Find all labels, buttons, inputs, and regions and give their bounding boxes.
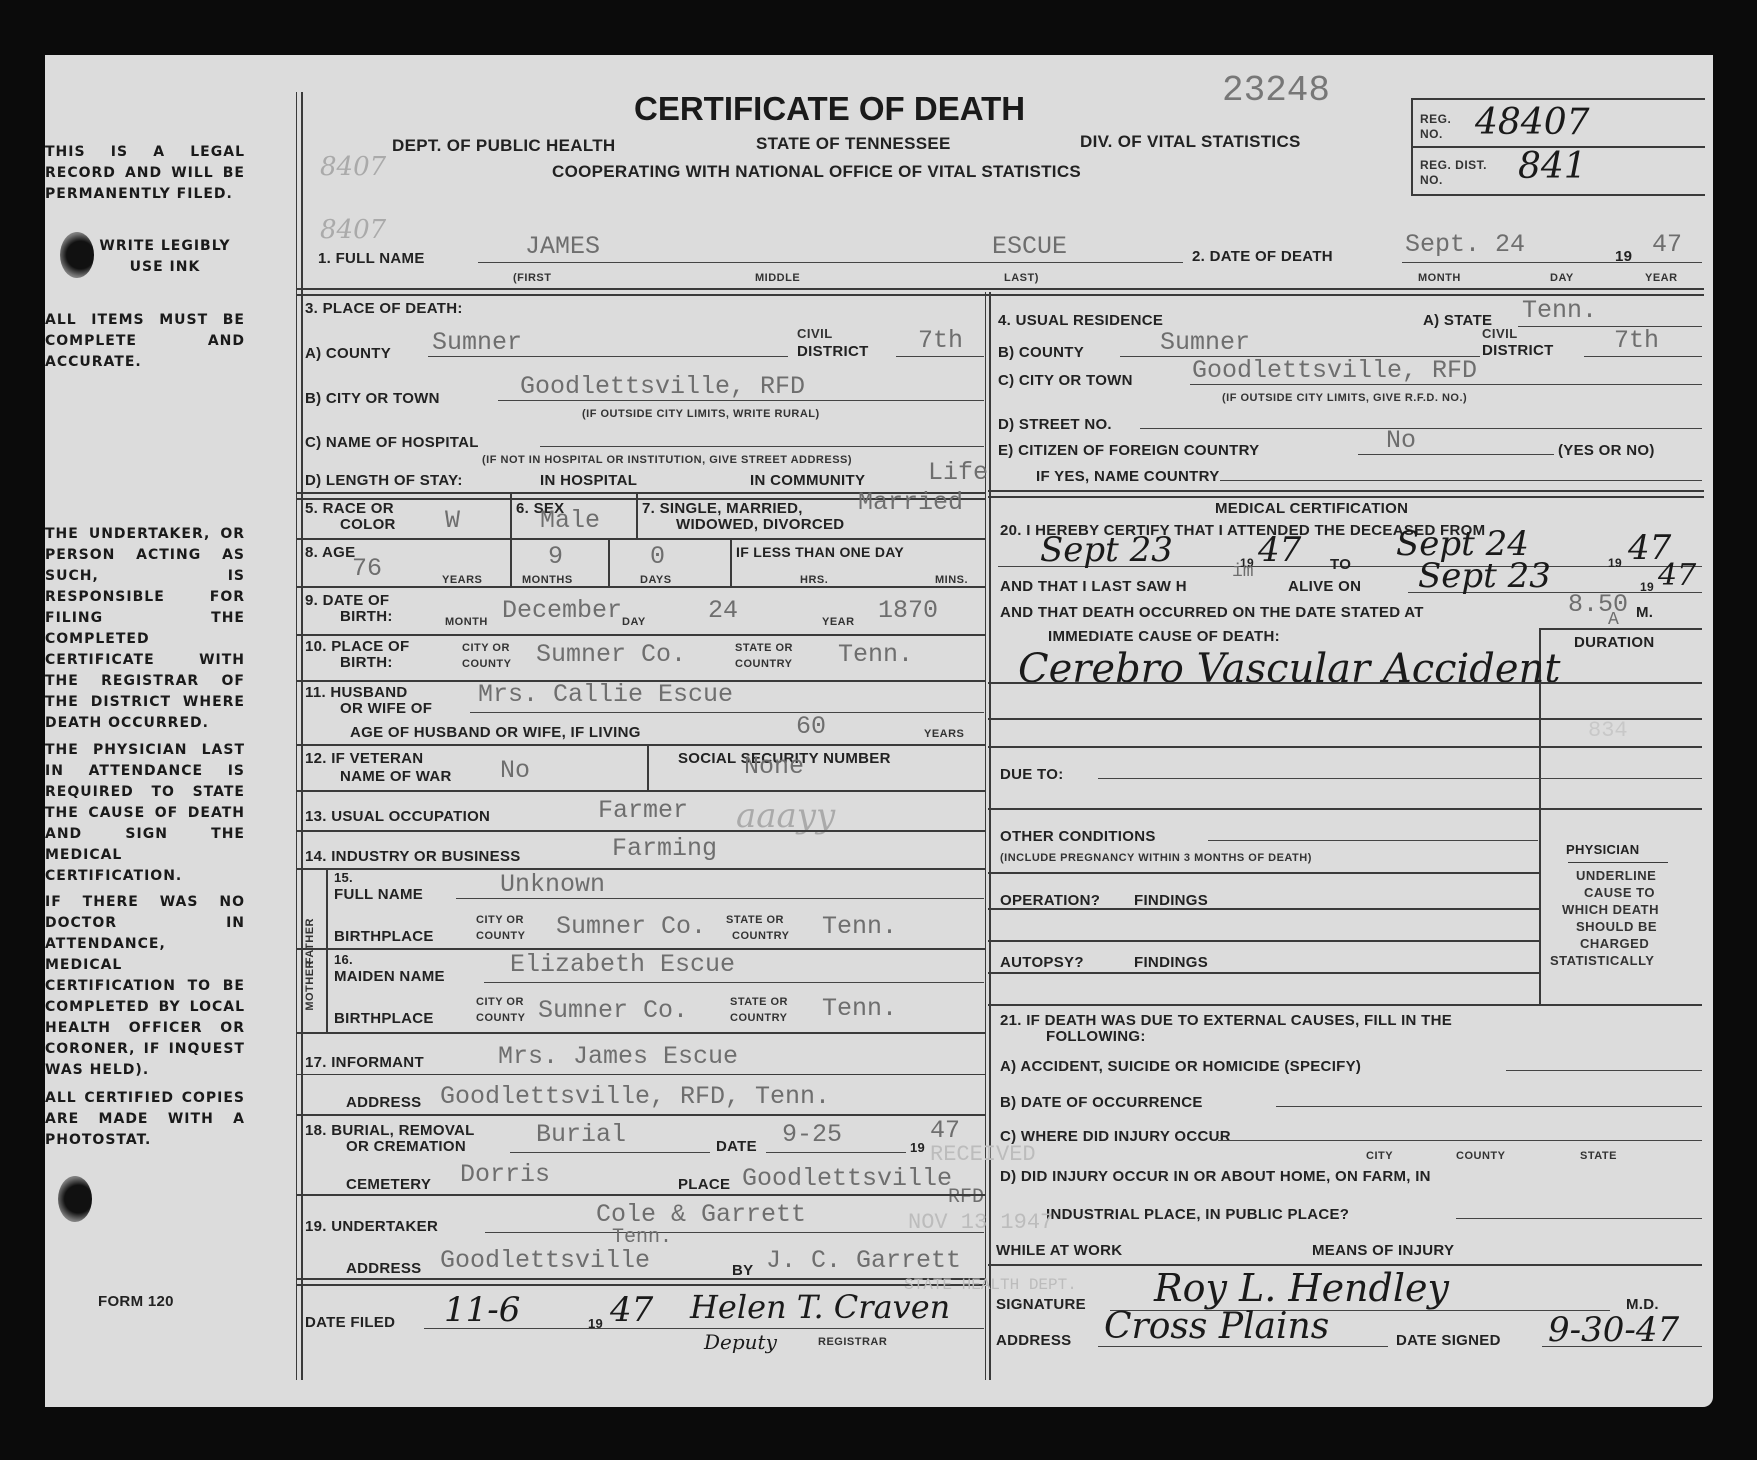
sub-day: DAY [1550,272,1574,284]
immediate-cause-value: Cerebro Vascular Accident [1018,646,1560,692]
pod-hospital-label: C) NAME OF HOSPITAL [305,434,479,451]
mother-name-label: MAIDEN NAME [334,968,445,985]
birth-date-label-2: BIRTH: [340,608,393,625]
last-saw-label: AND THAT I LAST SAW H [1000,578,1187,595]
date-filed-year-prefix: 19 [588,1316,603,1331]
age-years: 76 [352,554,382,583]
physician-box-line-4: SHOULD BE [1576,919,1657,934]
age-less-label: IF LESS THAN ONE DAY [736,544,904,560]
birth-year-value: 1870 [878,596,938,625]
undertaker-by-value: J. C. Garrett [766,1246,961,1275]
father-num: 15. [334,870,353,885]
external-heading-1: 21. IF DEATH WAS DUE TO EXTERNAL CAUSES,… [1000,1012,1452,1029]
pod-county-label: A) COUNTY [305,345,391,362]
birth-day-value: 24 [708,596,738,625]
mother-state-label-1: STATE OR [730,996,788,1008]
father-city-value: Sumner Co. [556,912,706,941]
external-county-label: COUNTY [1456,1150,1505,1162]
received-stamp-dept: STATE HEALTH DEPT. [904,1276,1077,1294]
physician-address-value: Cross Plains [1104,1306,1329,1347]
birth-date-label-1: 9. DATE OF [305,592,389,609]
external-a-label: A) ACCIDENT, SUICIDE OR HOMICIDE (SPECIF… [1000,1058,1361,1075]
full-name-last: ESCUE [992,232,1067,261]
pencil-note-1: 8407 [320,152,386,182]
age-months: 9 [548,542,563,571]
state-label: STATE OF TENNESSEE [756,134,951,154]
last-saw-date: Sept 23 [1418,556,1551,596]
residence-city-value: Goodlettsville, RFD [1192,356,1477,385]
father-side-label: FATHER [304,918,316,964]
mother-bp-label: BIRTHPLACE [334,1010,434,1027]
citizen-note: (YES OR NO) [1558,442,1655,459]
spouse-age-label: AGE OF HUSBAND OR WIFE, IF LIVING [350,724,641,741]
father-state-value: Tenn. [822,912,897,941]
undertaker-by-label: BY [732,1262,753,1279]
reg-no-value: 48407 [1475,102,1590,143]
punch-hole-top [60,232,94,278]
spouse-age-unit: YEARS [924,728,964,740]
age-years-label: YEARS [442,574,482,586]
medical-heading: MEDICAL CERTIFICATION [1215,500,1408,517]
birth-day-label: DAY [622,616,646,628]
to-label: TO [1330,556,1351,573]
external-state-label: STATE [1580,1150,1617,1162]
residence-district-value: 7th [1614,326,1659,355]
pod-in-hospital-label: IN HOSPITAL [540,472,637,489]
division-label: DIV. OF VITAL STATISTICS [1080,132,1301,152]
bp-city-value: Sumner Co. [536,640,686,669]
cemetery-label: CEMETERY [346,1176,431,1193]
marital-label-2: WIDOWED, DIVORCED [676,516,844,533]
sidebar-note-no-doctor: IF THERE WAS NO DOCTOR IN ATTENDANCE, ME… [45,892,245,1081]
received-stamp: RECEIVED [930,1142,1036,1167]
birth-year-label: YEAR [822,616,855,628]
autopsy-label: AUTOPSY? [1000,954,1084,971]
pod-stay-label: D) LENGTH OF STAY: [305,472,463,489]
pod-city-note: (IF OUTSIDE CITY LIMITS, WRITE RURAL) [582,408,820,420]
burial-value: Burial [536,1120,626,1149]
informant-value: Mrs. James Escue [498,1042,738,1071]
physician-box-line-5: CHARGED [1580,936,1649,951]
sidebar-note-complete: ALL ITEMS MUST BE COMPLETE AND ACCURATE. [45,310,245,373]
death-time: 8.50 [1568,590,1628,619]
date-filed-year: 47 [610,1290,653,1330]
spouse-age-value: 60 [796,712,826,741]
undertaker-address-label: ADDRESS [346,1260,421,1277]
father-state-label-2: COUNTRY [732,930,789,942]
means-of-injury-label: MEANS OF INJURY [1312,1242,1454,1259]
external-d-label-1: D) DID INJURY OCCUR IN OR ABOUT HOME, ON… [1000,1168,1431,1185]
sub-month: MONTH [1418,272,1461,284]
pod-in-community-label: IN COMMUNITY [750,472,865,489]
reg-no-label: REG. NO. [1420,112,1460,142]
external-d-label-2: INDUSTRIAL PLACE, IN PUBLIC PLACE? [1046,1206,1349,1223]
age-label: 8. AGE [305,544,355,561]
citizen-label: E) CITIZEN OF FOREIGN COUNTRY [998,442,1259,459]
veteran-label-2: NAME OF WAR [340,768,452,785]
received-stamp-date: NOV 13 1947 [908,1210,1053,1235]
page-title: CERTIFICATE OF DEATH [634,90,1025,128]
spouse-value: Mrs. Callie Escue [478,680,733,709]
sub-last: LAST) [1004,272,1039,284]
sub-year: YEAR [1645,272,1678,284]
industry-label: 14. INDUSTRY OR BUSINESS [305,848,521,865]
external-city-label: CITY [1366,1150,1393,1162]
residence-city-note: (IF OUTSIDE CITY LIMITS, GIVE R.F.D. NO.… [1222,392,1467,404]
age-days-label: DAYS [640,574,672,586]
sidebar-note-legal: THIS IS A LEGAL RECORD AND WILL BE PERMA… [45,142,245,205]
attended-from-date: Sept 23 [1040,530,1173,570]
birth-place-label-1: 10. PLACE OF [305,638,409,655]
m-label: M. [1636,604,1653,621]
due-to-label: DUE TO: [1000,766,1064,783]
occupation-value: Farmer [598,796,688,825]
pod-county-value: Sumner [432,328,522,357]
alive-on-label: ALIVE ON [1288,578,1361,595]
burial-label-2: OR CREMATION [346,1138,466,1155]
residence-district-label: DISTRICT [1482,342,1554,359]
external-b-label: B) DATE OF OCCURRENCE [1000,1094,1203,1111]
date-of-death-year: 47 [1652,230,1682,259]
father-bp-label: BIRTHPLACE [334,928,434,945]
residence-county-value: Sumner [1160,328,1250,357]
pod-city-label: B) CITY OR TOWN [305,390,440,407]
spouse-label-2: OR WIFE OF [340,700,432,717]
veteran-label-1: 12. IF VETERAN [305,750,423,767]
ssn-value: None [744,752,804,781]
father-name-value: Unknown [500,870,605,899]
age-days: 0 [650,542,665,571]
informant-address-label: ADDRESS [346,1094,421,1111]
pod-in-community-value: Life [928,458,988,487]
sub-first: (FIRST [513,272,551,284]
place-of-death-label: 3. PLACE OF DEATH: [305,300,463,317]
informant-address-value: Goodlettsville, RFD, Tenn. [440,1082,830,1111]
age-mins-label: MINS. [935,574,968,586]
bp-state-label-2: COUNTRY [735,658,792,670]
dept-label: DEPT. OF PUBLIC HEALTH [392,136,616,156]
death-ampm: A [1608,610,1619,630]
mother-name-value: Elizabeth Escue [510,950,735,979]
other-conditions-label: OTHER CONDITIONS [1000,828,1156,845]
birth-month-label: MONTH [445,616,488,628]
bp-state-value: Tenn. [838,640,913,669]
mother-city-label-2: COUNTY [476,1012,525,1024]
cause-label: IMMEDIATE CAUSE OF DEATH: [1048,628,1280,645]
date-signed-label: DATE SIGNED [1396,1332,1501,1349]
physician-box-line-6: STATISTICALLY [1550,953,1654,968]
residence-street-label: D) STREET NO. [998,416,1112,433]
attended-from-year: 47 [1258,530,1301,570]
pencil-note-2: 8407 [320,215,386,245]
pod-hospital-note: (IF NOT IN HOSPITAL OR INSTITUTION, GIVE… [482,454,852,466]
left-frame-line [296,92,303,1380]
physician-signature: Roy L. Hendley [1154,1266,1449,1310]
father-state-label-1: STATE OR [726,914,784,926]
reg-dist-label: REG. DIST. NO. [1420,158,1500,188]
race-value: W [445,506,460,535]
place-label: PLACE [678,1176,730,1193]
operation-label: OPERATION? [1000,892,1100,909]
date-filed-value: 11-6 [444,1290,520,1330]
last-saw-year-prefix: 19 [1640,580,1654,594]
bp-city-label-2: COUNTY [462,658,511,670]
physician-box-line-2: CAUSE TO [1584,885,1655,900]
race-label-2: COLOR [340,516,396,533]
mother-num: 16. [334,952,353,967]
date-of-death-month-day: Sept. 24 [1405,230,1525,259]
bp-city-label-1: CITY OR [462,642,510,654]
deputy-note: Deputy [704,1330,777,1354]
marital-value: Married [858,488,963,517]
last-saw-year: 47 [1658,558,1696,593]
while-at-work-label: WHILE AT WORK [996,1242,1122,1259]
veteran-value: No [500,756,530,785]
date-of-death-label: 2. DATE OF DEATH [1192,248,1333,265]
birth-month-value: December [502,596,622,625]
residence-county-label: B) COUNTY [998,344,1084,361]
date-signed-value: 9-30-47 [1548,1310,1679,1350]
physician-box-line-3: WHICH DEATH [1562,902,1659,917]
other-conditions-note: (INCLUDE PREGNANCY WITHIN 3 MONTHS OF DE… [1000,852,1312,864]
sex-value: Male [540,506,600,535]
dod-year-prefix: 19 [1615,248,1632,265]
full-name-label: 1. FULL NAME [318,250,425,267]
registrar-label: REGISTRAR [818,1336,887,1348]
cooperating-label: COOPERATING WITH NATIONAL OFFICE OF VITA… [552,162,1081,182]
informant-label: 17. INFORMANT [305,1054,424,1071]
birth-place-label-2: BIRTH: [340,654,393,671]
burial-year-value: 47 [930,1116,960,1145]
residence-civil-label: CIVIL [1482,326,1518,341]
file-number: 23248 [1222,70,1330,111]
autopsy-findings-label: FINDINGS [1134,954,1208,971]
cemetery-value: Dorris [460,1160,550,1189]
sidebar-note-physician: THE PHYSICIAN LAST IN ATTENDANCE IS REQU… [45,740,245,887]
sidebar-note-undertaker: THE UNDERTAKER, OR PERSON ACTING AS SUCH… [45,524,245,734]
place-extra: RFD [948,1186,984,1209]
mother-city-value: Sumner Co. [538,996,688,1025]
occupation-label: 13. USUAL OCCUPATION [305,808,490,825]
mother-state-label-2: COUNTRY [730,1012,787,1024]
spouse-label-1: 11. HUSBAND [305,684,408,701]
reg-dist-value: 841 [1518,146,1587,187]
sub-middle: MIDDLE [755,272,800,284]
pod-district-value: 7th [918,326,963,355]
age-hrs-label: HRS. [800,574,828,586]
duration-stamp: 834 [1588,718,1628,743]
residence-city-label: C) CITY OR TOWN [998,372,1133,389]
physician-box-title: PHYSICIAN [1566,842,1640,857]
mother-state-value: Tenn. [822,994,897,1023]
burial-date-label: DATE [716,1138,757,1155]
bp-state-label-1: STATE OR [735,642,793,654]
father-city-label-1: CITY OR [476,914,524,926]
father-name-label: FULL NAME [334,886,423,903]
undertaker-label: 19. UNDERTAKER [305,1218,438,1235]
citizen-value: No [1386,426,1416,455]
occurred-label: AND THAT DEATH OCCURRED ON THE DATE STAT… [1000,604,1424,621]
physician-address-label: ADDRESS [996,1332,1071,1349]
duration-label: DURATION [1574,634,1654,651]
pod-civil-label: CIVIL [797,326,833,341]
mother-side-label: MOTHER [304,960,316,1011]
residence-label: 4. USUAL RESIDENCE [998,312,1163,329]
race-label-1: 5. RACE OR [305,500,394,517]
signature-label: SIGNATURE [996,1296,1086,1313]
last-saw-pronoun: im [1232,562,1254,582]
to-year-prefix: 19 [1608,556,1622,570]
sidebar-note-ink: WRITE LEGIBLY USE INK [90,236,240,278]
sidebar-note-photostat: ALL CERTIFIED COPIES ARE MADE WITH A PHO… [45,1088,245,1151]
age-months-label: MONTHS [522,574,573,586]
residence-state-value: Tenn. [1522,296,1597,325]
mother-city-label-1: CITY OR [476,996,524,1008]
form-number: FORM 120 [98,1293,174,1310]
punch-hole-bottom [58,1176,92,1222]
pod-district-label: DISTRICT [797,343,869,360]
place-value: Goodlettsville [742,1164,952,1193]
full-name-first: JAMES [525,232,600,261]
burial-label-1: 18. BURIAL, REMOVAL [305,1122,475,1139]
father-city-label-2: COUNTY [476,930,525,942]
external-heading-2: FOLLOWING: [1046,1028,1146,1045]
burial-year-prefix: 19 [910,1140,925,1155]
burial-date-value: 9-25 [782,1120,842,1149]
industry-value: Farming [612,834,717,863]
pod-city-value: Goodlettsville, RFD [520,372,805,401]
marital-label-1: 7. SINGLE, MARRIED, [642,500,803,517]
physician-box-line-1: UNDERLINE [1576,868,1656,883]
foreign-country-label: IF YES, NAME COUNTRY [1036,468,1220,485]
operation-findings-label: FINDINGS [1134,892,1208,909]
undertaker-address-value: Goodlettsville [440,1246,650,1275]
date-filed-label: DATE FILED [305,1314,395,1331]
undertaker-value: Cole & Garrett [596,1200,806,1229]
